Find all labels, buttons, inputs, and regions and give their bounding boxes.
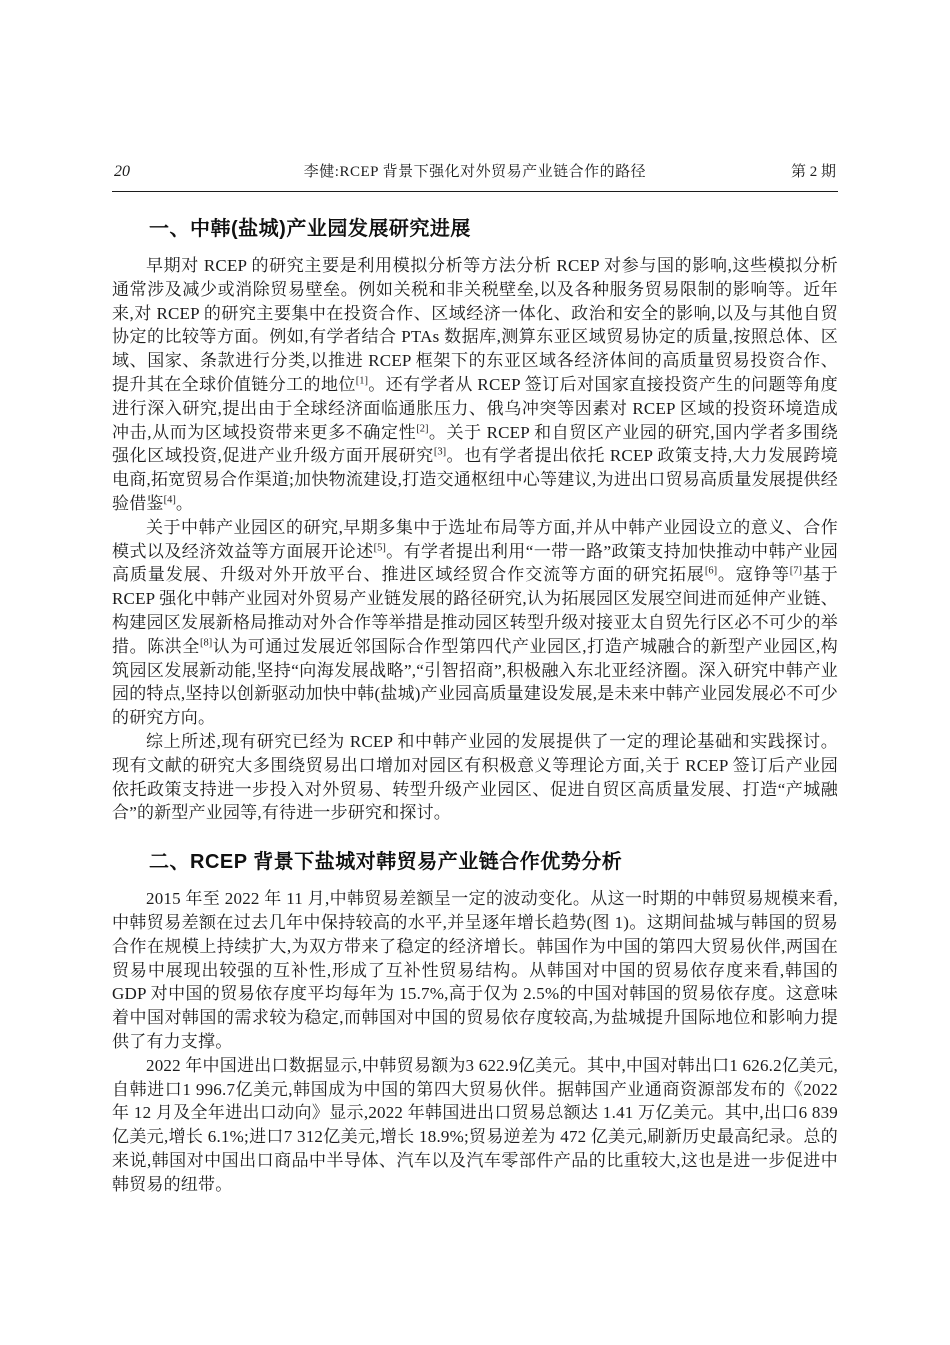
citation-superscript: [6] [705,566,717,577]
section-1-paragraph-2: 关于中韩产业园区的研究,早期多集中于选址布局等方面,并从中韩产业园设立的意义、合… [112,516,838,730]
citation-superscript: [2] [416,423,428,434]
section-2: 二、RCEP 背景下盐城对韩贸易产业链合作优势分析 2015 年至 2022 年… [112,845,838,1196]
page-content: 20 李健:RCEP 背景下强化对外贸易产业链合作的路径 第 2 期 一、中韩(… [112,0,838,1196]
section-1: 一、中韩(盐城)产业园发展研究进展 早期对 RCEP 的研究主要是利用模拟分析等… [112,212,838,825]
citation-superscript: [7] [790,566,802,577]
citation-superscript: [3] [434,447,446,458]
section-2-paragraph-1: 2015 年至 2022 年 11 月,中韩贸易差额呈一定的波动变化。从这一时期… [112,887,838,1054]
running-header: 20 李健:RCEP 背景下强化对外贸易产业链合作的路径 第 2 期 [112,160,838,192]
citation-superscript: [1] [356,375,368,386]
page-number: 20 [114,163,174,181]
citation-superscript: [8] [200,637,212,648]
citation-superscript: [5] [374,542,386,553]
section-2-paragraph-2: 2022 年中国进出口数据显示,中韩贸易额为3 622.9亿美元。其中,中国对韩… [112,1054,838,1197]
issue-label: 第 2 期 [776,160,836,181]
paper-page: 20 李健:RCEP 背景下强化对外贸易产业链合作的路径 第 2 期 一、中韩(… [0,0,950,1345]
section-1-paragraph-1: 早期对 RCEP 的研究主要是利用模拟分析等方法分析 RCEP 对参与国的影响,… [112,254,838,516]
citation-superscript: [4] [164,494,176,505]
section-1-paragraph-3: 综上所述,现有研究已经为 RCEP 和中韩产业园的发展提供了一定的理论基础和实践… [112,730,838,825]
running-title: 李健:RCEP 背景下强化对外贸易产业链合作的路径 [174,160,776,181]
section-1-heading: 一、中韩(盐城)产业园发展研究进展 [112,212,838,241]
section-2-heading: 二、RCEP 背景下盐城对韩贸易产业链合作优势分析 [112,845,838,874]
